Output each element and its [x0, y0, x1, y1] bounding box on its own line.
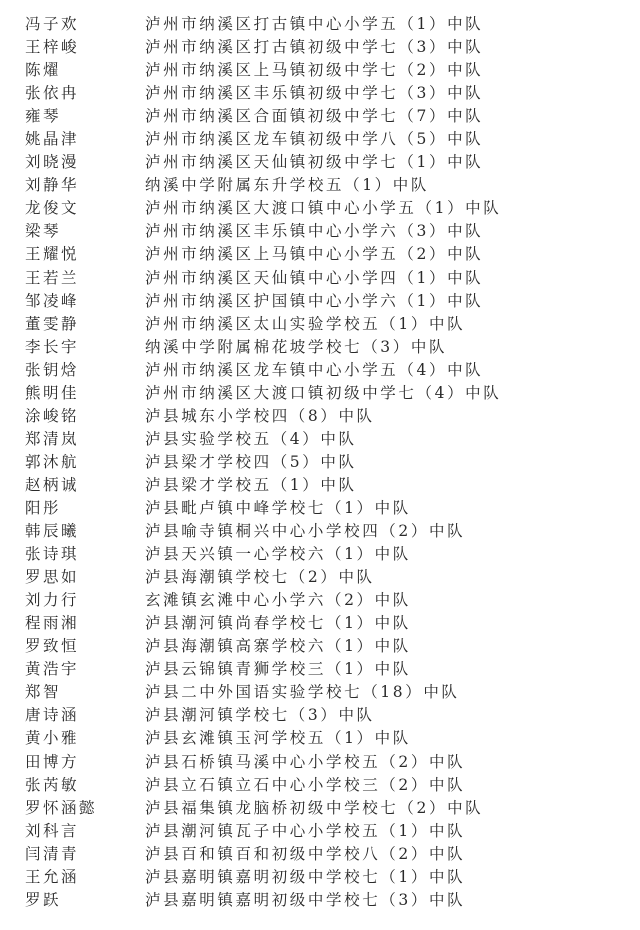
person-name: 冯子欢 [25, 13, 79, 36]
organization-name: 泸州市纳溪区打古镇中心小学五（1）中队 [145, 13, 483, 36]
person-name: 王梓峻 [25, 36, 79, 59]
list-item: 阳彤 泸县毗卢镇中峰学校七（1）中队 [0, 497, 640, 520]
organization-name: 泸县嘉明镇嘉明初级中学校七（1）中队 [145, 866, 465, 889]
list-item: 罗思如 泸县海潮镇学校七（2）中队 [0, 566, 640, 589]
list-item: 刘静华 纳溪中学附属东升学校五（1）中队 [0, 174, 640, 197]
organization-name: 泸州市纳溪区打古镇初级中学七（3）中队 [145, 36, 483, 59]
person-name: 龙俊文 [25, 197, 79, 220]
person-name: 刘力行 [25, 589, 79, 612]
organization-name: 玄滩镇玄滩中心小学六（2）中队 [145, 589, 411, 612]
list-item: 黄浩宇 泸县云锦镇青狮学校三（1）中队 [0, 658, 640, 681]
organization-name: 泸州市纳溪区龙车镇中心小学五（4）中队 [145, 359, 483, 382]
person-name: 罗跃 [25, 889, 61, 912]
person-name: 罗致恒 [25, 635, 79, 658]
person-name: 程雨湘 [25, 612, 79, 635]
organization-name: 泸县喻寺镇桐兴中心小学校四（2）中队 [145, 520, 465, 543]
person-name: 刘晓漫 [25, 151, 79, 174]
person-name: 董雯静 [25, 313, 79, 336]
organization-name: 泸县实验学校五（4）中队 [145, 428, 357, 451]
organization-name: 泸县梁才学校四（5）中队 [145, 451, 357, 474]
list-item: 涂峻铭 泸县城东小学校四（8）中队 [0, 405, 640, 428]
person-name: 郭沐航 [25, 451, 79, 474]
organization-name: 泸县百和镇百和初级中学校八（2）中队 [145, 843, 465, 866]
list-item: 梁琴 泸州市纳溪区丰乐镇中心小学六（3）中队 [0, 220, 640, 243]
organization-name: 泸州市纳溪区龙车镇初级中学八（5）中队 [145, 128, 483, 151]
organization-name: 泸县毗卢镇中峰学校七（1）中队 [145, 497, 411, 520]
list-item: 陈燿 泸州市纳溪区上马镇初级中学七（2）中队 [0, 59, 640, 82]
person-name: 涂峻铭 [25, 405, 79, 428]
organization-name: 泸州市纳溪区上马镇初级中学七（2）中队 [145, 59, 483, 82]
organization-name: 泸县福集镇龙脑桥初级中学校七（2）中队 [145, 797, 483, 820]
person-name: 刘静华 [25, 174, 79, 197]
organization-name: 泸县立石镇立石中心小学校三（2）中队 [145, 774, 465, 797]
list-item: 王梓峻 泸州市纳溪区打古镇初级中学七（3）中队 [0, 36, 640, 59]
person-name: 张钥焓 [25, 359, 79, 382]
list-item: 李长宇 纳溪中学附属棉花坡学校七（3）中队 [0, 336, 640, 359]
organization-name: 泸县城东小学校四（8）中队 [145, 405, 375, 428]
list-item: 赵柄诚 泸县梁才学校五（1）中队 [0, 474, 640, 497]
organization-name: 泸州市纳溪区合面镇初级中学七（7）中队 [145, 105, 483, 128]
list-item: 雍琴 泸州市纳溪区合面镇初级中学七（7）中队 [0, 105, 640, 128]
list-item: 闫清青 泸县百和镇百和初级中学校八（2）中队 [0, 843, 640, 866]
person-name: 张诗琪 [25, 543, 79, 566]
list-item: 黄小雅 泸县玄滩镇玉河学校五（1）中队 [0, 727, 640, 750]
organization-name: 泸州市纳溪区大渡口镇中心小学五（1）中队 [145, 197, 501, 220]
list-item: 邹凌峰 泸州市纳溪区护国镇中心小学六（1）中队 [0, 290, 640, 313]
person-name: 姚晶津 [25, 128, 79, 151]
list-item: 王若兰 泸州市纳溪区天仙镇中心小学四（1）中队 [0, 267, 640, 290]
organization-name: 泸县云锦镇青狮学校三（1）中队 [145, 658, 411, 681]
person-name: 熊明佳 [25, 382, 79, 405]
person-name: 赵柄诚 [25, 474, 79, 497]
list-item: 冯子欢 泸州市纳溪区打古镇中心小学五（1）中队 [0, 13, 640, 36]
list-item: 罗致恒 泸县海潮镇高寨学校六（1）中队 [0, 635, 640, 658]
person-name: 邹凌峰 [25, 290, 79, 313]
list-item: 张钥焓 泸州市纳溪区龙车镇中心小学五（4）中队 [0, 359, 640, 382]
list-item: 刘力行 玄滩镇玄滩中心小学六（2）中队 [0, 589, 640, 612]
organization-name: 泸县二中外国语实验学校七（18）中队 [145, 681, 460, 704]
list-item: 罗跃 泸县嘉明镇嘉明初级中学校七（3）中队 [0, 889, 640, 912]
organization-name: 泸州市纳溪区丰乐镇初级中学七（3）中队 [145, 82, 483, 105]
list-item: 张诗琪 泸县天兴镇一心学校六（1）中队 [0, 543, 640, 566]
list-item: 熊明佳 泸州市纳溪区大渡口镇初级中学七（4）中队 [0, 382, 640, 405]
person-name: 郑智 [25, 681, 61, 704]
person-name: 唐诗涵 [25, 704, 79, 727]
person-name: 黄小雅 [25, 727, 79, 750]
organization-name: 泸州市纳溪区太山实验学校五（1）中队 [145, 313, 465, 336]
list-item: 王允涵 泸县嘉明镇嘉明初级中学校七（1）中队 [0, 866, 640, 889]
list-item: 刘科言 泸县潮河镇瓦子中心小学校五（1）中队 [0, 820, 640, 843]
organization-name: 泸州市纳溪区天仙镇中心小学四（1）中队 [145, 267, 483, 290]
organization-name: 泸州市纳溪区上马镇中心小学五（2）中队 [145, 243, 483, 266]
person-name: 张依冉 [25, 82, 79, 105]
organization-name: 泸县潮河镇学校七（3）中队 [145, 704, 375, 727]
organization-name: 泸县嘉明镇嘉明初级中学校七（3）中队 [145, 889, 465, 912]
list-item: 龙俊文 泸州市纳溪区大渡口镇中心小学五（1）中队 [0, 197, 640, 220]
organization-name: 泸县潮河镇尚春学校七（1）中队 [145, 612, 411, 635]
person-name: 王若兰 [25, 267, 79, 290]
person-name: 王允涵 [25, 866, 79, 889]
person-name: 闫清青 [25, 843, 79, 866]
organization-name: 泸县海潮镇学校七（2）中队 [145, 566, 375, 589]
list-item: 唐诗涵 泸县潮河镇学校七（3）中队 [0, 704, 640, 727]
organization-name: 泸州市纳溪区天仙镇初级中学七（1）中队 [145, 151, 483, 174]
list-item: 郭沐航 泸县梁才学校四（5）中队 [0, 451, 640, 474]
list-item: 刘晓漫 泸州市纳溪区天仙镇初级中学七（1）中队 [0, 151, 640, 174]
list-item: 董雯静 泸州市纳溪区太山实验学校五（1）中队 [0, 313, 640, 336]
person-name: 李长宇 [25, 336, 79, 359]
organization-name: 泸县天兴镇一心学校六（1）中队 [145, 543, 411, 566]
organization-name: 泸县潮河镇瓦子中心小学校五（1）中队 [145, 820, 465, 843]
list-item: 郑清岚 泸县实验学校五（4）中队 [0, 428, 640, 451]
list-item: 张芮敏 泸县立石镇立石中心小学校三（2）中队 [0, 774, 640, 797]
organization-name: 泸县海潮镇高寨学校六（1）中队 [145, 635, 411, 658]
person-name: 阳彤 [25, 497, 61, 520]
person-name: 张芮敏 [25, 774, 79, 797]
list-item: 罗怀涵懿 泸县福集镇龙脑桥初级中学校七（2）中队 [0, 797, 640, 820]
person-name: 刘科言 [25, 820, 79, 843]
organization-name: 泸县玄滩镇玉河学校五（1）中队 [145, 727, 411, 750]
list-item: 韩辰曦 泸县喻寺镇桐兴中心小学校四（2）中队 [0, 520, 640, 543]
person-name: 郑清岚 [25, 428, 79, 451]
list-item: 田博方 泸县石桥镇马溪中心小学校五（2）中队 [0, 751, 640, 774]
name-list: 冯子欢 泸州市纳溪区打古镇中心小学五（1）中队 王梓峻 泸州市纳溪区打古镇初级中… [0, 13, 640, 912]
person-name: 黄浩宇 [25, 658, 79, 681]
organization-name: 泸州市纳溪区护国镇中心小学六（1）中队 [145, 290, 483, 313]
list-item: 郑智 泸县二中外国语实验学校七（18）中队 [0, 681, 640, 704]
list-item: 程雨湘 泸县潮河镇尚春学校七（1）中队 [0, 612, 640, 635]
list-item: 王耀悦 泸州市纳溪区上马镇中心小学五（2）中队 [0, 243, 640, 266]
person-name: 雍琴 [25, 105, 61, 128]
person-name: 陈燿 [25, 59, 61, 82]
organization-name: 泸州市纳溪区大渡口镇初级中学七（4）中队 [145, 382, 501, 405]
organization-name: 纳溪中学附属棉花坡学校七（3）中队 [145, 336, 447, 359]
organization-name: 泸州市纳溪区丰乐镇中心小学六（3）中队 [145, 220, 483, 243]
organization-name: 泸县石桥镇马溪中心小学校五（2）中队 [145, 751, 465, 774]
list-item: 姚晶津 泸州市纳溪区龙车镇初级中学八（5）中队 [0, 128, 640, 151]
person-name: 韩辰曦 [25, 520, 79, 543]
organization-name: 泸县梁才学校五（1）中队 [145, 474, 357, 497]
list-item: 张依冉 泸州市纳溪区丰乐镇初级中学七（3）中队 [0, 82, 640, 105]
person-name: 罗思如 [25, 566, 79, 589]
person-name: 罗怀涵懿 [25, 797, 97, 820]
person-name: 田博方 [25, 751, 79, 774]
person-name: 王耀悦 [25, 243, 79, 266]
person-name: 梁琴 [25, 220, 61, 243]
organization-name: 纳溪中学附属东升学校五（1）中队 [145, 174, 429, 197]
